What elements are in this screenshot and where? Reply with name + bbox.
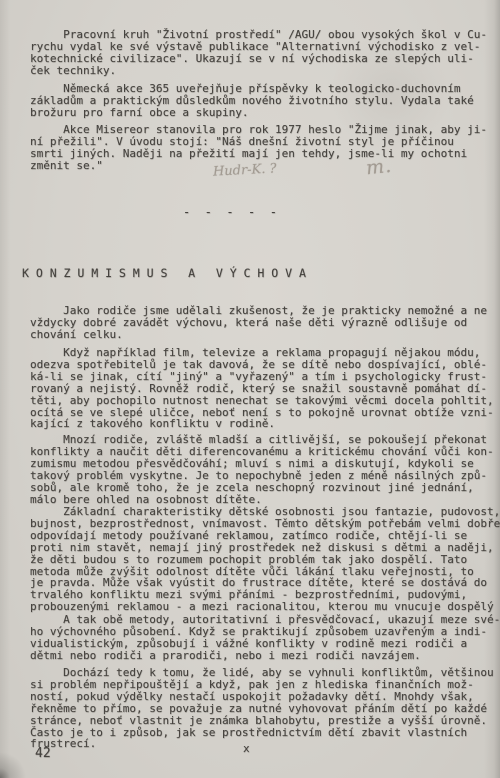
paragraph-kdyz-napriklad-film: Když například film, televize a reklama …: [30, 347, 494, 430]
paragraph-nemecka-akce: Německá akce 365 uveřejňuje příspěvky k …: [30, 83, 474, 119]
section-heading-konzumismus-a-vychova: K O N Z U M I S M U S A V Ý C H O V A: [22, 266, 306, 280]
footer-center-mark: x: [243, 742, 250, 755]
paragraph-a-tak-obe-metody: A tak obě metody, autoritativní i přesvě…: [30, 614, 500, 662]
paragraph-mnozi-rodice: Mnozí rodiče, zvláště mladší a citlivějš…: [30, 434, 494, 505]
document-page: Pracovní kruh "Životní prostředí" /AGU/ …: [0, 0, 500, 778]
handwritten-initials-pencil: m.: [365, 155, 393, 180]
handwritten-annotation-pencil: Hudr-K. ?: [213, 161, 277, 179]
paragraph-jako-rodice: Jako rodiče jsme udělali zkušenost, že j…: [30, 305, 487, 341]
section-divider-dashes: - - - - -: [183, 205, 277, 219]
paragraph-dochazi-tedy: Dochází tedy k tomu, že lidé, aby se vyh…: [30, 667, 494, 750]
paragraph-zakladni-charakteristiky: Základní charakteristiky dětské osobnost…: [30, 506, 500, 613]
page-number: 42: [35, 746, 51, 761]
paragraph-pracovni-kruh: Pracovní kruh "Životní prostředí" /AGU/ …: [30, 29, 487, 77]
